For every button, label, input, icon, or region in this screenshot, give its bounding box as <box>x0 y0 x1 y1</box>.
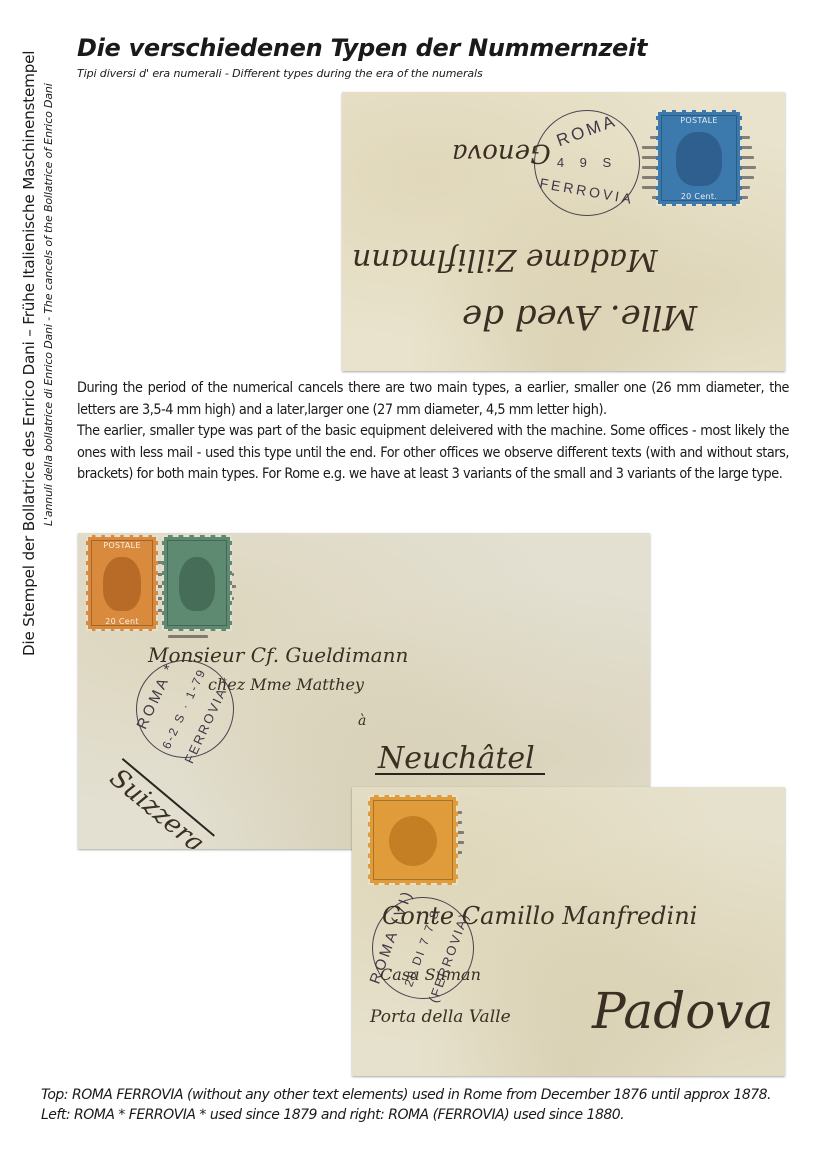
paragraph: The earlier, smaller type was part of th… <box>77 421 789 486</box>
handwriting: Conte Camillo Manfredini <box>382 902 697 930</box>
figure-caption: Top: ROMA FERROVIA (without any other te… <box>41 1085 771 1125</box>
numeral-oval-icon <box>389 816 437 866</box>
handwriting: Monsieur Cf. Gueldimann <box>148 643 408 667</box>
stamp-orange-numeral <box>368 795 458 885</box>
page-subtitle: Tipi diversi d' era numerali - Different… <box>77 67 483 80</box>
sidebar: Die Stempel der Bollatrice des Enrico Da… <box>0 0 70 1169</box>
portrait-icon <box>676 132 722 185</box>
stamp-green <box>162 535 232 631</box>
stamp-blue-20-cent: POSTALE 20 Cent. <box>656 110 742 206</box>
portrait-icon <box>103 557 141 610</box>
envelope-image-right: ROMA (VI) 20 DI 7 7 S (FERROVIA) Conte C… <box>352 787 785 1076</box>
stamp-label-top: POSTALE <box>658 116 740 125</box>
body-text: During the period of the numerical cance… <box>77 378 789 486</box>
handwriting: Mlle. Aved de <box>462 297 697 337</box>
handwriting: Madame Zilliflmann <box>352 242 658 277</box>
handwriting: Genova <box>452 138 551 168</box>
paragraph: During the period of the numerical cance… <box>77 378 789 421</box>
stamp-label-value: 20 Cent. <box>658 192 740 201</box>
portrait-icon <box>179 557 216 610</box>
underline <box>375 773 545 775</box>
handwriting: Neuchâtel <box>378 741 535 776</box>
stamp-label-top: POSTALE <box>88 541 156 550</box>
stamp-orange-20-cent: POSTALE 20 Cent <box>86 535 158 631</box>
sidebar-subtitle: L'annuli della bollatrice di Enrico Dani… <box>42 83 55 526</box>
sidebar-title: Die Stempel der Bollatrice des Enrico Da… <box>20 51 38 656</box>
handwriting: Casa Suman <box>380 965 481 984</box>
handwriting: Padova <box>592 982 773 1040</box>
handwriting: à <box>358 713 366 729</box>
handwriting: Porta della Valle <box>370 1007 511 1027</box>
stamp-label-value: 20 Cent <box>88 617 156 626</box>
envelope-image-top: POSTALE 20 Cent. ROMA 4 9 S FERROVIA Gen… <box>342 92 785 371</box>
handwriting: chez Mme Matthey <box>208 675 364 694</box>
page-title: Die verschiedenen Typen der Nummernzeit <box>77 34 647 62</box>
